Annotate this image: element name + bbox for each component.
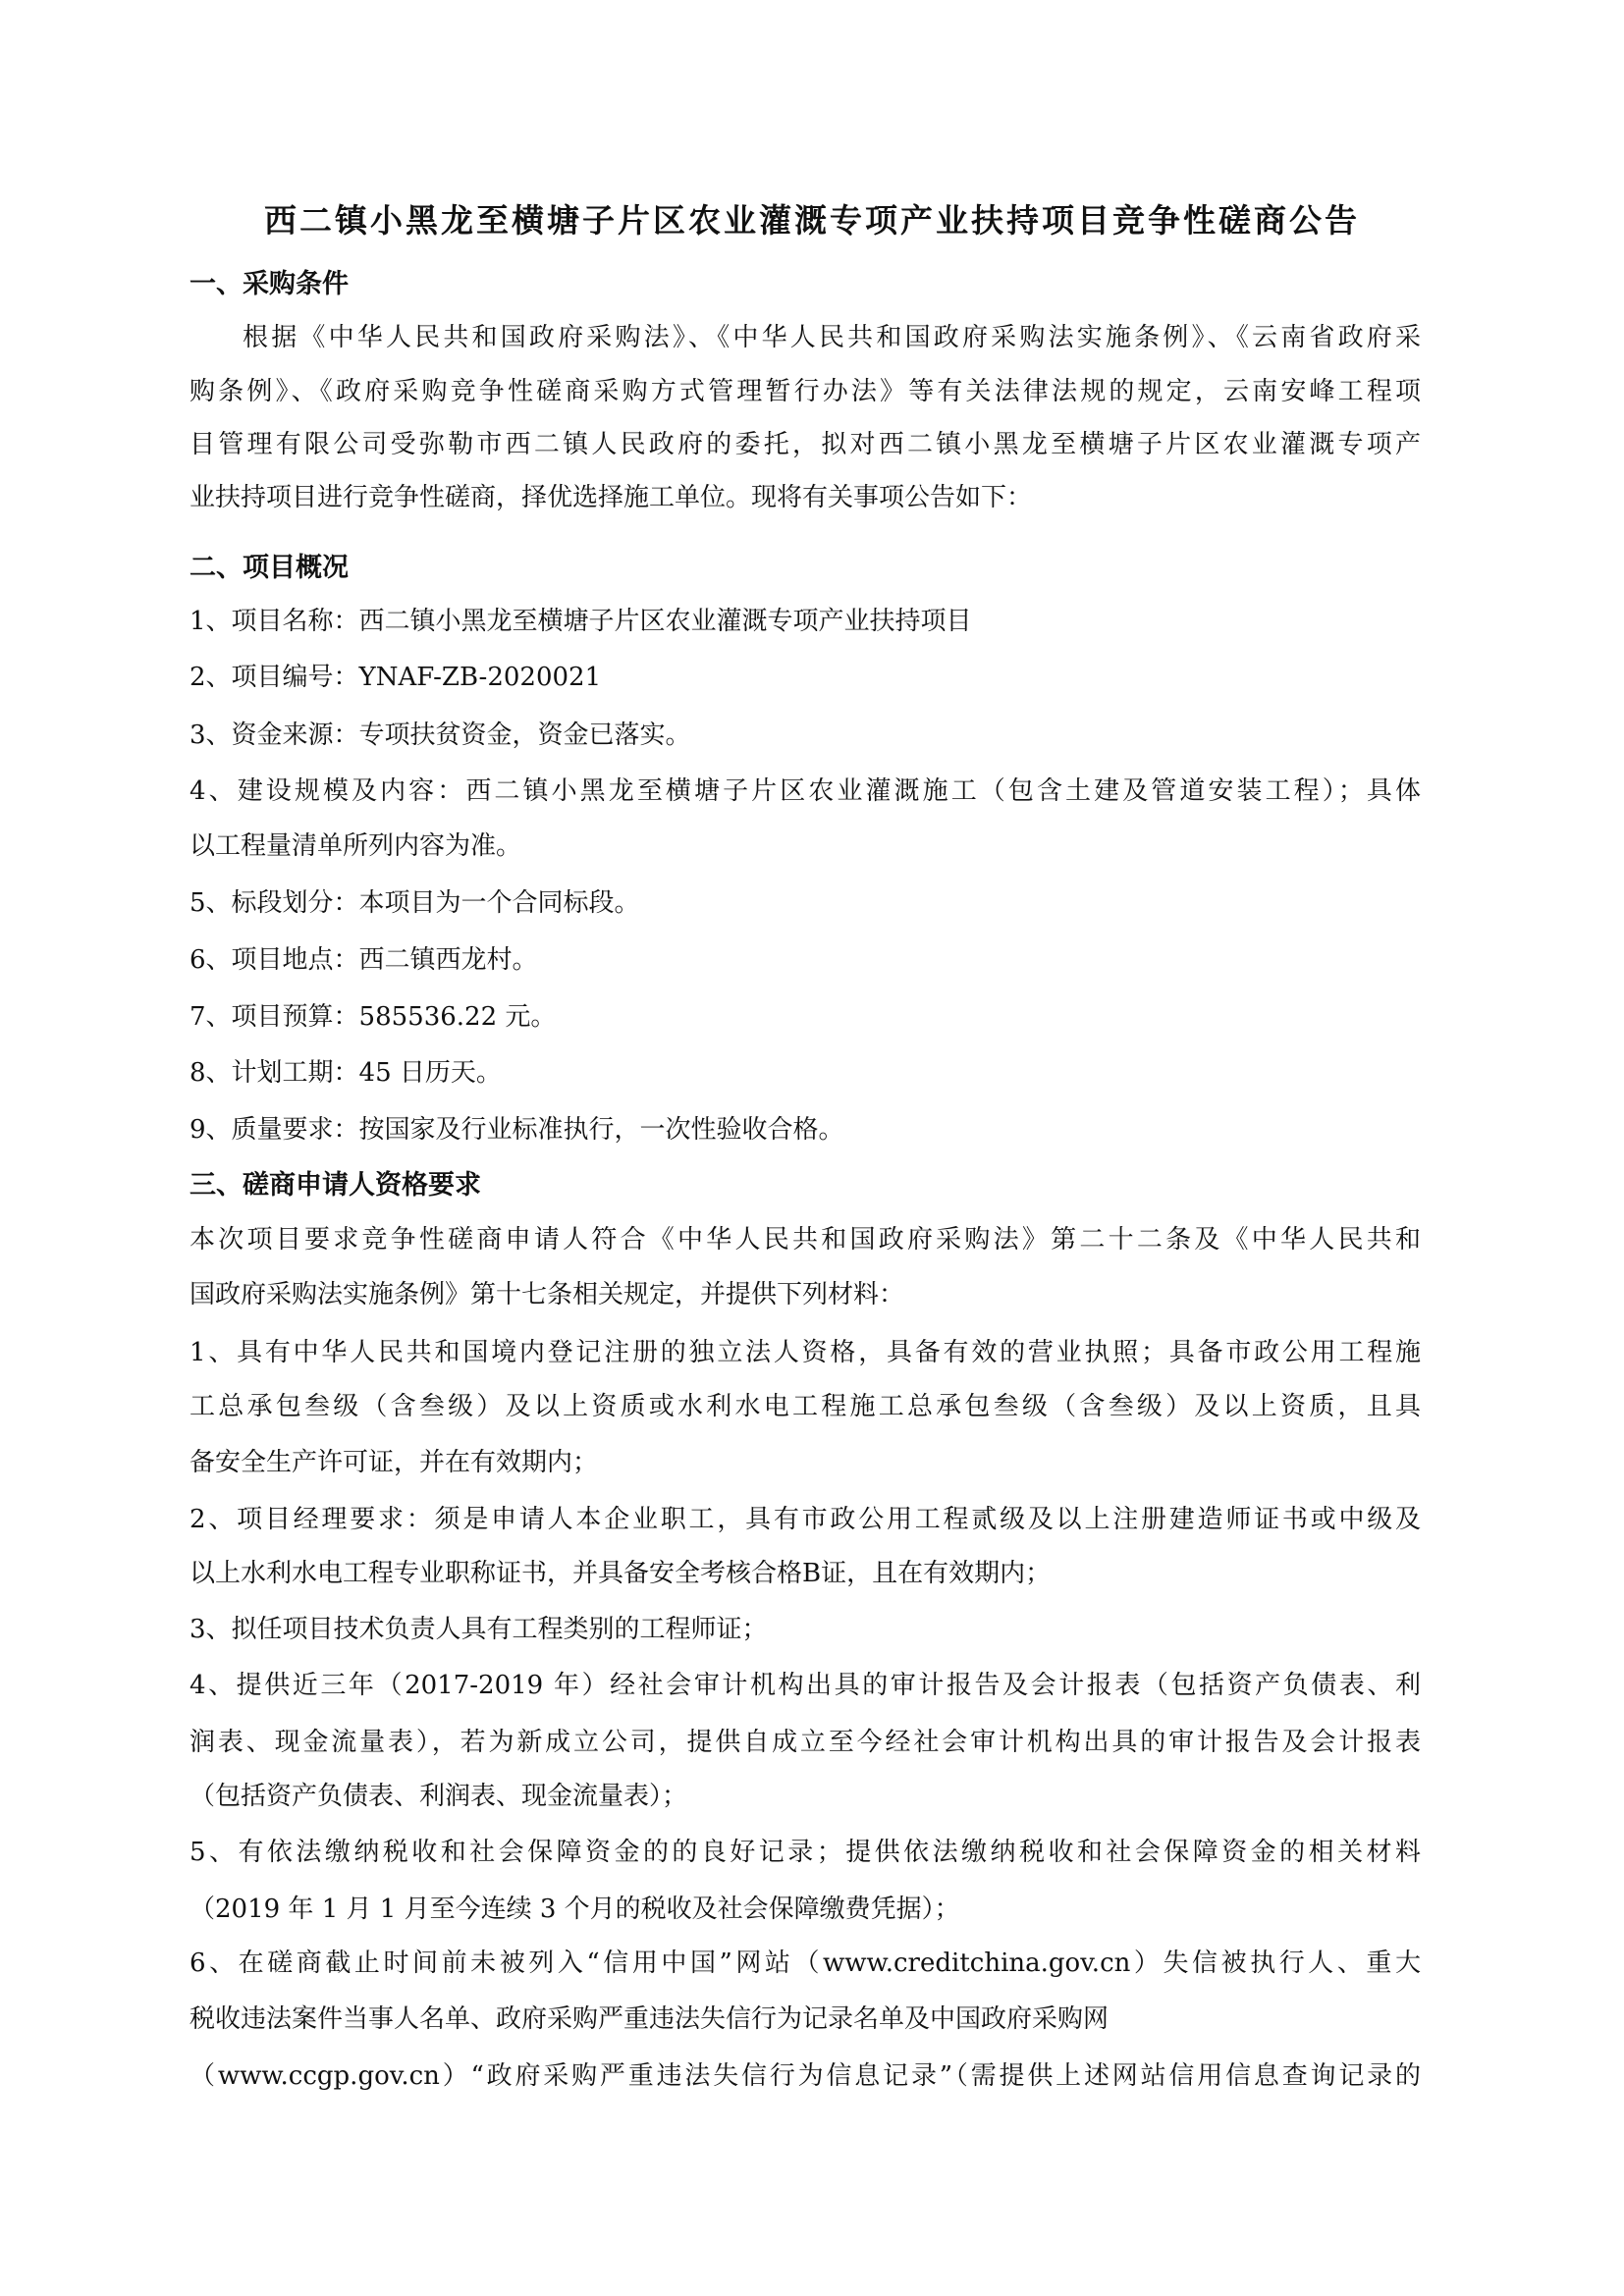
- list-item-line: 工总承包叁级（含叁级）及以上资质或水利水电工程施工总承包叁级（含叁级）及以上资质…: [189, 1387, 1421, 1426]
- list-item-fund-source: 3、资金来源：专项扶贫资金，资金已落实。: [189, 716, 1421, 755]
- list-item-quality: 9、质量要求：按国家及行业标准执行，一次性验收合格。: [189, 1110, 1421, 1149]
- list-item-line: 税收违法案件当事人名单、政府采购严重违法失信行为记录名单及中国政府采购网: [189, 2000, 1421, 2039]
- section-heading-procurement-conditions: 一、采购条件: [189, 265, 1421, 304]
- section-heading-project-overview: 二、项目概况: [189, 549, 1421, 588]
- paragraph-line: 业扶持项目进行竞争性磋商，择优选择施工单位。现将有关事项公告如下：: [189, 478, 1421, 517]
- list-item-line: （2019 年 1 月 1 月至今连续 3 个月的税收及社会保障缴费凭据）；: [189, 1890, 1421, 1929]
- list-item-line: 1、具有中华人民共和国境内登记注册的独立法人资格，具备有效的营业执照；具备市政公…: [189, 1333, 1421, 1372]
- paragraph-line: 目管理有限公司受弥勒市西二镇人民政府的委托，拟对西二镇小黑龙至横塘子片区农业灌溉…: [189, 425, 1421, 464]
- document-title: 西二镇小黑龙至横塘子片区农业灌溉专项产业扶持项目竞争性磋商公告: [0, 199, 1624, 242]
- list-item-line: 4、提供近三年（2017-2019 年）经社会审计机构出具的审计报告及会计报表（…: [189, 1666, 1421, 1705]
- section-heading-qualification: 三、磋商申请人资格要求: [189, 1166, 1421, 1205]
- list-item-lot-division: 5、标段划分：本项目为一个合同标段。: [189, 883, 1421, 923]
- paragraph-line: 根据《中华人民共和国政府采购法》、《中华人民共和国政府采购法实施条例》、《云南省…: [189, 318, 1421, 357]
- paragraph-line: 本次项目要求竞争性磋商申请人符合《中华人民共和国政府采购法》第二十二条及《中华人…: [189, 1220, 1421, 1259]
- list-item-project-number: 2、项目编号：YNAF-ZB-2020021: [189, 658, 1421, 697]
- document-page: 西二镇小黑龙至横塘子片区农业灌溉专项产业扶持项目竞争性磋商公告 一、采购条件 根…: [0, 0, 1624, 2296]
- list-item-line: （包括资产负债表、利润表、现金流量表）；: [189, 1777, 1421, 1816]
- list-item-line: 5、有依法缴纳税收和社会保障资金的的良好记录；提供依法缴纳税收和社会保障资金的相…: [189, 1833, 1421, 1872]
- list-item-budget: 7、项目预算：585536.22 元。: [189, 997, 1421, 1037]
- paragraph-line: 购条例》、《政府采购竞争性磋商采购方式管理暂行办法》等有关法律法规的规定，云南安…: [189, 372, 1421, 411]
- list-item-line: 3、拟任项目技术负责人具有工程类别的工程师证；: [189, 1610, 1421, 1649]
- paragraph-line: 国政府采购法实施条例》第十七条相关规定，并提供下列材料：: [189, 1275, 1421, 1314]
- list-item-scope-cont: 以工程量清单所列内容为准。: [189, 827, 1421, 866]
- list-item-line: 备安全生产许可证，并在有效期内；: [189, 1443, 1421, 1482]
- list-item-line: （www.ccgp.gov.cn）“政府采购严重违法失信行为信息记录”（需提供上…: [189, 2056, 1421, 2096]
- list-item-project-name: 1、项目名称：西二镇小黑龙至横塘子片区农业灌溉专项产业扶持项目: [189, 602, 1421, 641]
- list-item-duration: 8、计划工期：45 日历天。: [189, 1053, 1421, 1093]
- list-item-location: 6、项目地点：西二镇西龙村。: [189, 940, 1421, 980]
- list-item-line: 2、项目经理要求：须是申请人本企业职工，具有市政公用工程贰级及以上注册建造师证书…: [189, 1500, 1421, 1539]
- list-item-line: 润表、现金流量表），若为新成立公司，提供自成立至今经社会审计机构出具的审计报告及…: [189, 1723, 1421, 1762]
- list-item-line: 6、在磋商截止时间前未被列入“信用中国”网站（www.creditchina.g…: [189, 1944, 1421, 1983]
- list-item-scope: 4、建设规模及内容：西二镇小黑龙至横塘子片区农业灌溉施工（包含土建及管道安装工程…: [189, 772, 1421, 811]
- list-item-line: 以上水利水电工程专业职称证书，并具备安全考核合格B证，且在有效期内；: [189, 1554, 1421, 1593]
